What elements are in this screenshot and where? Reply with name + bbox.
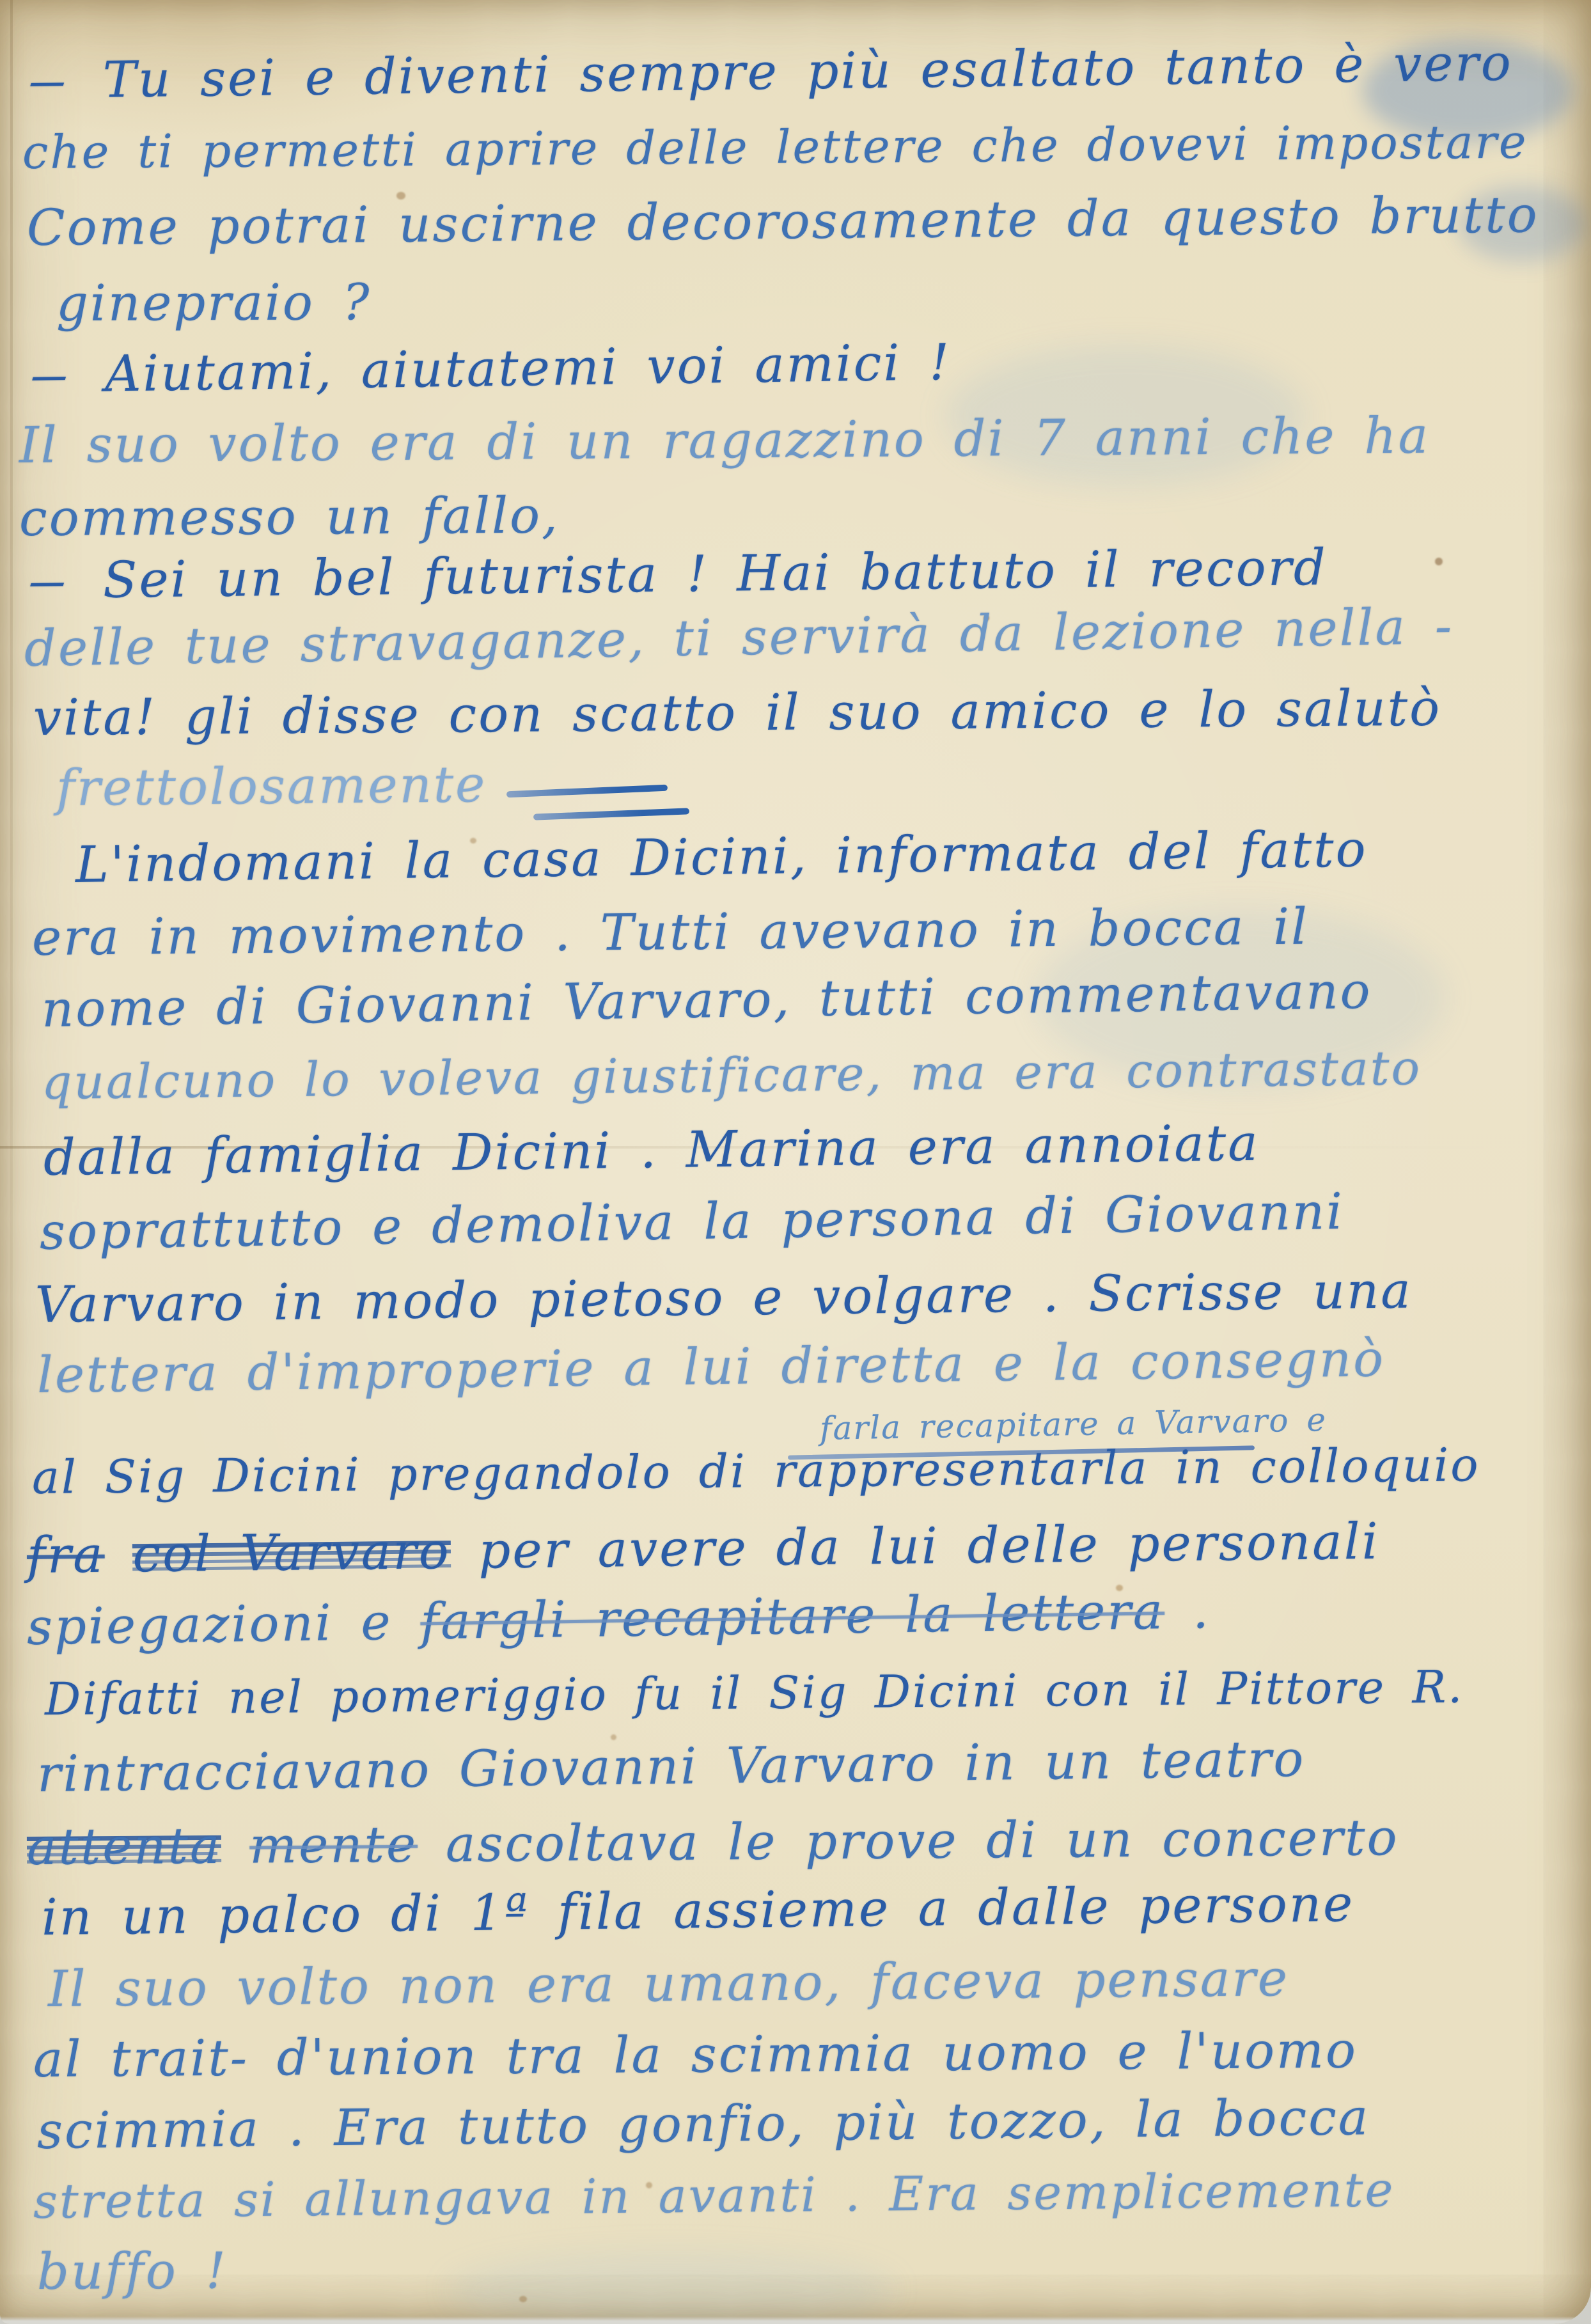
dash-mark: –: [27, 552, 70, 610]
manuscript-line-28: al trait- d'union tra la scimmia uomo e …: [33, 2022, 1358, 2089]
line-text: stretta si allungava in avanti . Era sem…: [33, 2162, 1395, 2229]
line-text: delle tue stravaganze, ti servirà da lez…: [24, 598, 1454, 678]
line-text: spiegazioni e: [26, 1594, 393, 1656]
line-text: al trait- d'union tra la scimmia uomo e …: [33, 2022, 1358, 2089]
manuscript-line-6: Il suo volto era di un ragazzino di 7 an…: [19, 407, 1430, 475]
divider-stroke-bottom: [533, 808, 689, 820]
manuscript-line-25: attenta mente ascoltava le prove di un c…: [27, 1809, 1399, 1876]
manuscript-line-7: commesso un fallo,: [19, 487, 560, 547]
struck-word: fra: [27, 1527, 106, 1585]
line-text: ginepraio ?: [56, 274, 372, 333]
line-text: qualcuno lo voleva giustificare, ma era …: [42, 1040, 1422, 1110]
manuscript-line-30: stretta si allungava in avanti . Era sem…: [33, 2162, 1395, 2229]
manuscript-line-18: Varvaro in modo pietoso e volgare . Scri…: [35, 1262, 1413, 1334]
manuscript-line-23: Difatti nel pomeriggio fu il Sig Dicini …: [45, 1661, 1464, 1725]
manuscript-line-29: scimmia . Era tutto gonfio, più tozzo, l…: [37, 2089, 1370, 2160]
manuscript-line-16: dalla famiglia Dicini . Marina era annoi…: [43, 1115, 1260, 1187]
manuscript-line-27: Il suo volto non era umano, faceva pensa…: [48, 1950, 1290, 2018]
line-text: commesso un fallo,: [19, 487, 560, 547]
line-text: rintracciavano Giovanni Varvaro in un te…: [36, 1731, 1305, 1803]
line-text: L'indomani la casa Dicini, informata del…: [75, 820, 1368, 894]
scribbled-words: attenta: [27, 1818, 222, 1876]
ink-showthrough: [448, 2251, 895, 2324]
manuscript-line-10: vita! gli disse con scatto il suo amico …: [33, 680, 1442, 747]
divider-stroke-top: [506, 785, 668, 798]
line-text: Tu sei e diventi sempre più esaltato tan…: [102, 35, 1513, 109]
dash-mark: –: [27, 52, 70, 110]
manuscript-line-15: qualcuno lo voleva giustificare, ma era …: [42, 1040, 1422, 1110]
manuscript-line-24: rintracciavano Giovanni Varvaro in un te…: [36, 1731, 1305, 1803]
manuscript-line-21: fra col Varvaro per avere da lui delle p…: [27, 1513, 1380, 1585]
line-text: lettera d'improperie a lui diretta e la …: [36, 1330, 1385, 1404]
line-text: Il suo volto non era umano, faceva pensa…: [48, 1950, 1290, 2018]
scan-edge: [0, 2316, 1591, 2324]
manuscript-line-2: che ti permetti aprire delle lettere che…: [22, 115, 1528, 179]
foxing-spot: [519, 2296, 527, 2302]
manuscript-line-13: era in movimento . Tutti avevano in bocc…: [32, 899, 1310, 967]
manuscript-line-4: ginepraio ?: [56, 274, 372, 333]
manuscript-line-31: buffo !: [37, 2242, 228, 2301]
fold-crease: [10, 0, 13, 2324]
line-text: Varvaro in modo pietoso e volgare . Scri…: [35, 1262, 1413, 1334]
line-text: Il suo volto era di un ragazzino di 7 an…: [19, 407, 1430, 475]
line-text: ascoltava le prove di un concerto: [446, 1809, 1399, 1873]
line-text: scimmia . Era tutto gonfio, più tozzo, l…: [37, 2089, 1370, 2160]
manuscript-line-1: –Tu sei e diventi sempre più esaltato ta…: [35, 35, 1513, 110]
line-text: che ti permetti aprire delle lettere che…: [22, 115, 1528, 179]
manuscript-line-3: Come potrai uscirne decorosamente da que…: [27, 186, 1539, 257]
manuscript-line-20: al Sig Dicini pregandolo di rappresentar…: [32, 1438, 1480, 1504]
line-text: era in movimento . Tutti avevano in bocc…: [32, 899, 1310, 967]
line-text: per avere da lui delle personali: [478, 1513, 1380, 1580]
line-text: frettolosamente: [56, 756, 487, 817]
struck-phrase: fargli recapitare la lettera: [420, 1583, 1165, 1651]
manuscript-line-8: –Sei un bel futurista ! Hai battuto il r…: [35, 539, 1328, 610]
line-text: .: [1192, 1582, 1211, 1640]
line-text: Sei un bel futurista ! Hai battuto il re…: [103, 539, 1328, 609]
manuscript-line-26: in un palco di 1ª fila assieme a dalle p…: [42, 1876, 1355, 1947]
line-text: in un palco di 1ª fila assieme a dalle p…: [42, 1876, 1355, 1947]
manuscript-line-22: spiegazioni e fargli recapitare la lette…: [26, 1582, 1211, 1656]
line-text: Come potrai uscirne decorosamente da que…: [27, 186, 1539, 257]
manuscript-line-19: lettera d'improperie a lui diretta e la …: [36, 1330, 1385, 1404]
line-text: buffo !: [37, 2242, 228, 2301]
line-text: Difatti nel pomeriggio fu il Sig Dicini …: [45, 1661, 1464, 1725]
manuscript-line-11: frettolosamente: [56, 756, 487, 817]
struck-word: mente: [249, 1816, 418, 1875]
manuscript-line-9: delle tue stravaganze, ti servirà da lez…: [24, 598, 1454, 678]
foxing-spot: [1435, 558, 1443, 565]
manuscript-line-17: soprattutto e demoliva la persona di Gio…: [39, 1183, 1344, 1261]
manuscript-line-5: –Aiutami, aiutatemi voi amici !: [36, 334, 952, 404]
line-text: al Sig Dicini pregandolo di rappresentar…: [32, 1438, 1480, 1504]
line-text: dalla famiglia Dicini . Marina era annoi…: [43, 1115, 1260, 1187]
dash-mark: –: [29, 346, 72, 404]
manuscript-line-12: L'indomani la casa Dicini, informata del…: [75, 820, 1368, 894]
line-text: soprattutto e demoliva la persona di Gio…: [39, 1183, 1344, 1261]
line-text: Aiutami, aiutatemi voi amici !: [104, 334, 952, 403]
manuscript-page: –Tu sei e diventi sempre più esaltato ta…: [0, 0, 1591, 2324]
line-text: vita! gli disse con scatto il suo amico …: [33, 680, 1442, 747]
scribbled-words: col Varvaro: [132, 1523, 451, 1583]
